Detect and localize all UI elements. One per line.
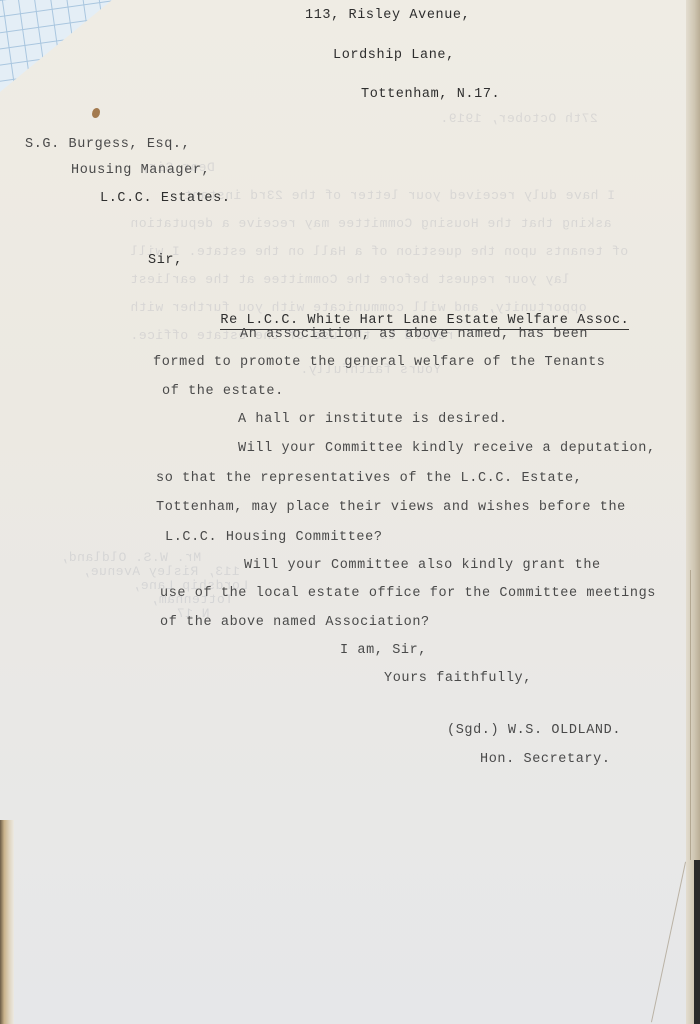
body-line: of the above named Association? [160, 615, 430, 630]
body-line: Tottenham, may place their views and wis… [156, 500, 626, 515]
salutation: Sir, [148, 253, 183, 268]
page-edge-left [0, 820, 14, 1024]
bleed-date: 27th October, 1919. [440, 111, 598, 126]
body-line: use of the local estate office for the C… [160, 586, 656, 601]
body-line: Will your Committee also kindly grant th… [244, 558, 601, 573]
page-edge-right [686, 0, 700, 1024]
recipient-name: S.G. Burgess, Esq., [25, 137, 190, 152]
body-line: An association, as above named, has been [240, 327, 588, 342]
closing-line-1: I am, Sir, [340, 643, 427, 658]
subject-line: Re L.C.C. White Hart Lane Estate Welfare… [203, 298, 629, 328]
recipient-title: Housing Manager, [71, 163, 210, 178]
paper-crease [690, 570, 691, 860]
bleed-line: lay your request before the Committee at… [130, 272, 570, 287]
body-line: so that the representatives of the L.C.C… [156, 471, 582, 486]
bleed-line: asking that the Housing Committee may re… [130, 216, 611, 231]
body-line: L.C.C. Housing Committee? [165, 530, 383, 545]
sender-address-line-3: Tottenham, N.17. [361, 87, 500, 102]
signatory-title: Hon. Secretary. [480, 752, 611, 767]
recipient-organisation: L.C.C. Estates. [100, 191, 231, 206]
body-line: A hall or institute is desired. [238, 412, 508, 427]
body-line: of the estate. [162, 384, 284, 399]
body-line: Will your Committee kindly receive a dep… [238, 441, 656, 456]
sender-address-line-1: 113, Risley Avenue, [305, 8, 470, 23]
closing-line-2: Yours faithfully, [384, 671, 532, 686]
bleed-address: Mr. W.S. Oldland, [60, 550, 201, 565]
bleed-address: 113, Risley Avenue, [82, 564, 240, 579]
signature: (Sgd.) W.S. OLDLAND. [447, 723, 621, 738]
bleed-line: of tenants upon the question of a Hall o… [130, 244, 628, 259]
bleed-line: I have duly received your letter of the … [175, 188, 615, 203]
body-line: formed to promote the general welfare of… [153, 355, 605, 370]
sender-address-line-2: Lordship Lane, [333, 48, 455, 63]
